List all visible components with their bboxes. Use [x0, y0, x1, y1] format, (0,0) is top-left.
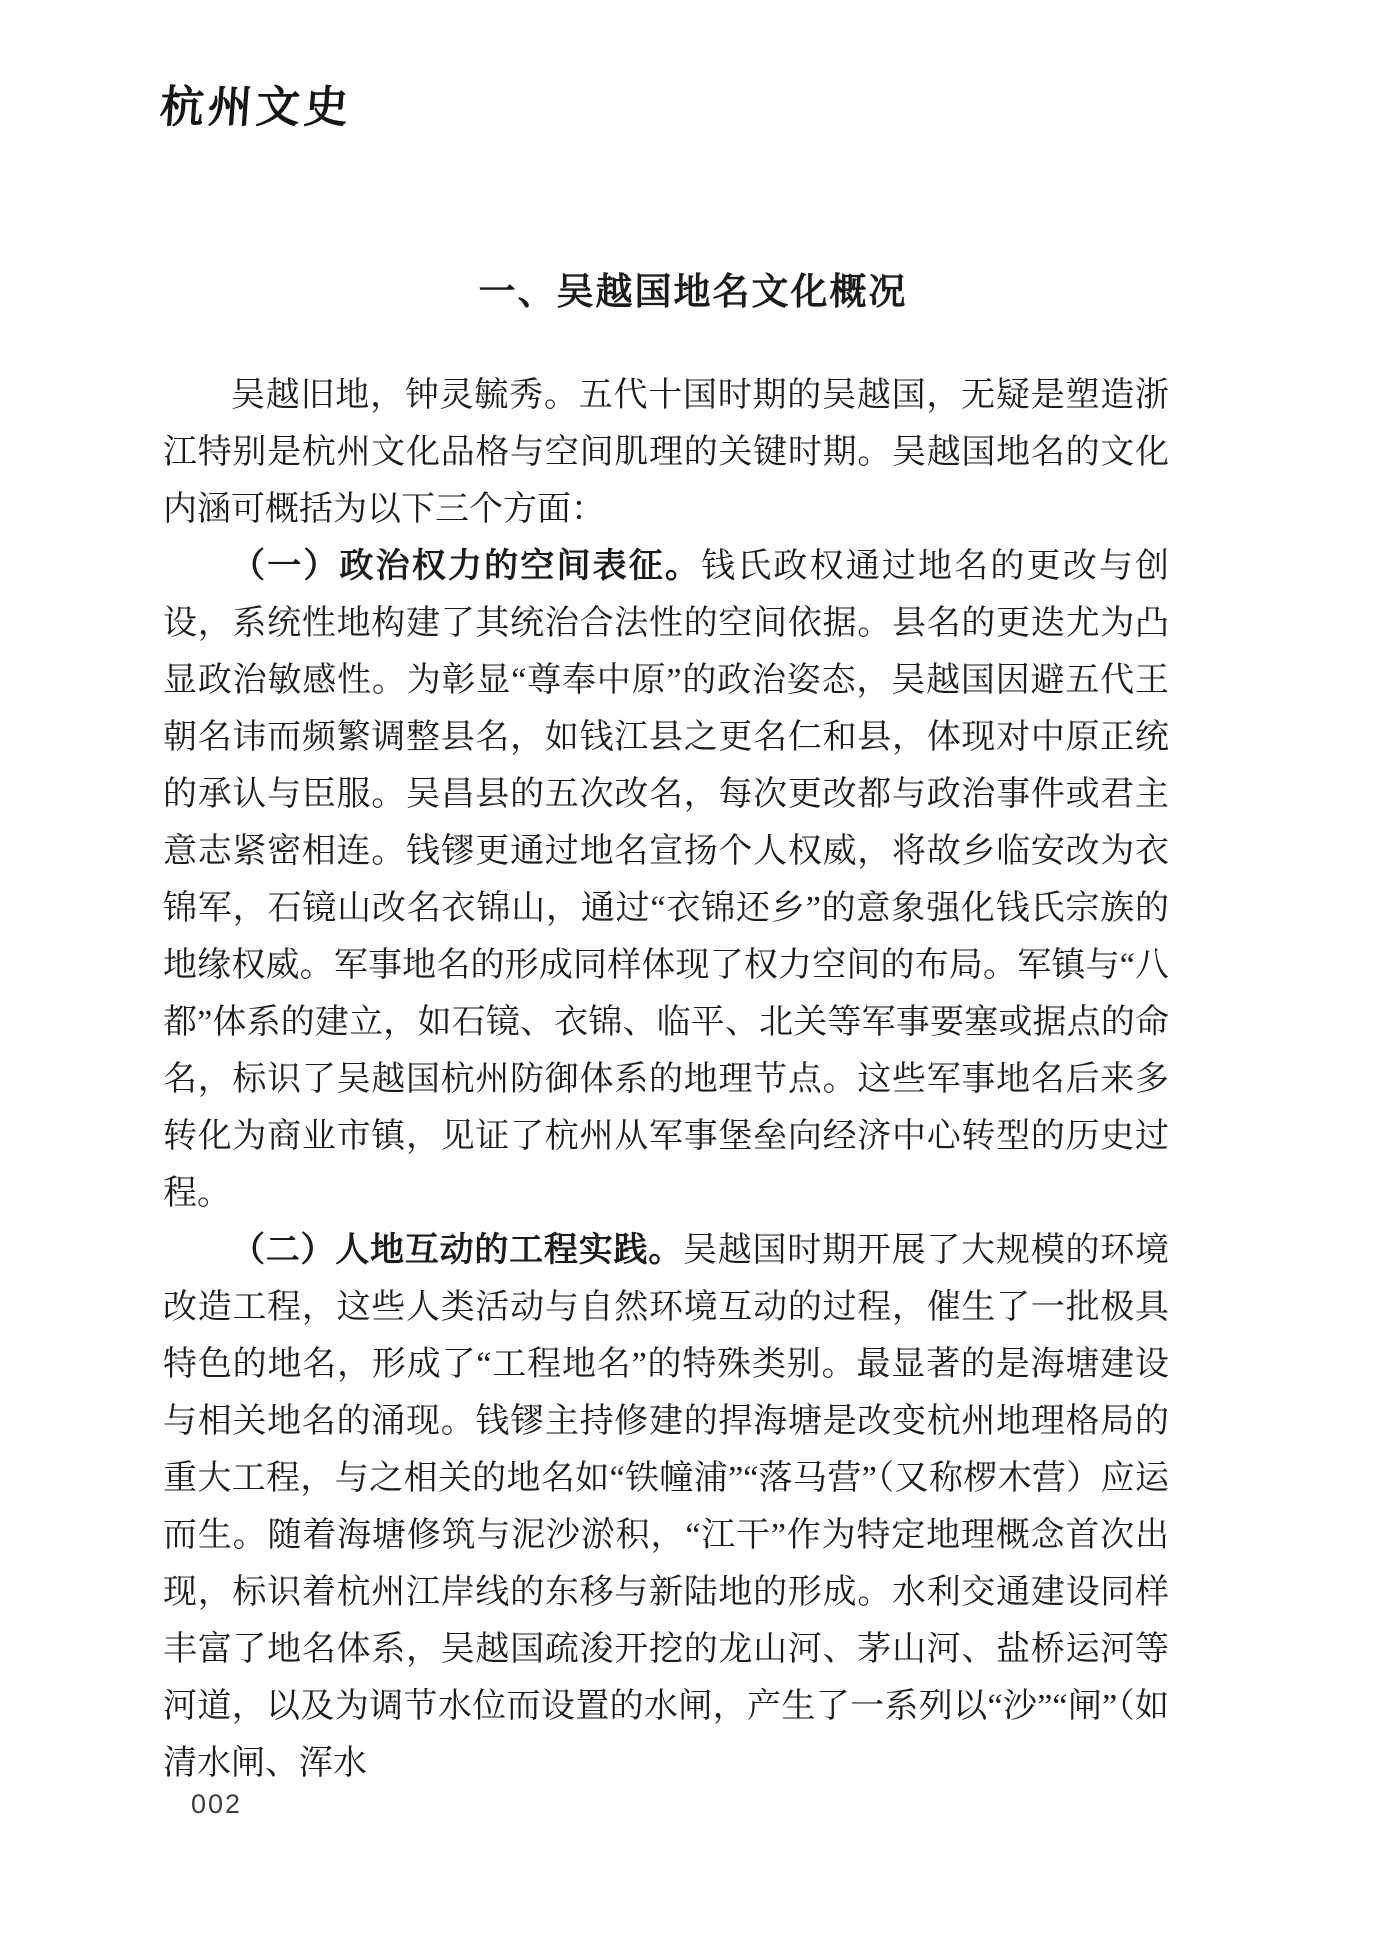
body-text: 吴越旧地，钟灵毓秀。五代十国时期的吴越国，无疑是塑造浙江特别是杭州文化品格与空间…: [163, 367, 1169, 1792]
paragraph-text: 吴越旧地，钟灵毓秀。五代十国时期的吴越国，无疑是塑造浙江特别是杭州文化品格与空间…: [163, 377, 1169, 528]
paragraph-lead: （二）人地互动的工程实践。: [231, 1232, 683, 1269]
page-number: 002: [191, 1791, 242, 1818]
book-page: 杭州文史 一、吴越国地名文化概况 吴越旧地，钟灵毓秀。五代十国时期的吴越国，无疑…: [0, 0, 1386, 1938]
paragraph-political-space: （一）政治权力的空间表征。钱氏政权通过地名的更改与创设，系统性地构建了其统治合法…: [163, 538, 1169, 1222]
paragraph-text: 吴越国时期开展了大规模的环境改造工程，这些人类活动与自然环境互动的过程，催生了一…: [163, 1232, 1169, 1782]
paragraph-engineering-practice: （二）人地互动的工程实践。吴越国时期开展了大规模的环境改造工程，这些人类活动与自…: [163, 1222, 1169, 1792]
book-logo: 杭州文史: [158, 86, 353, 130]
section-title: 一、吴越国地名文化概况: [0, 273, 1386, 310]
paragraph-intro: 吴越旧地，钟灵毓秀。五代十国时期的吴越国，无疑是塑造浙江特别是杭州文化品格与空间…: [163, 367, 1169, 538]
paragraph-text: 钱氏政权通过地名的更改与创设，系统性地构建了其统治合法性的空间依据。县名的更迭尤…: [163, 548, 1169, 1212]
paragraph-lead: （一）政治权力的空间表征。: [231, 548, 701, 585]
